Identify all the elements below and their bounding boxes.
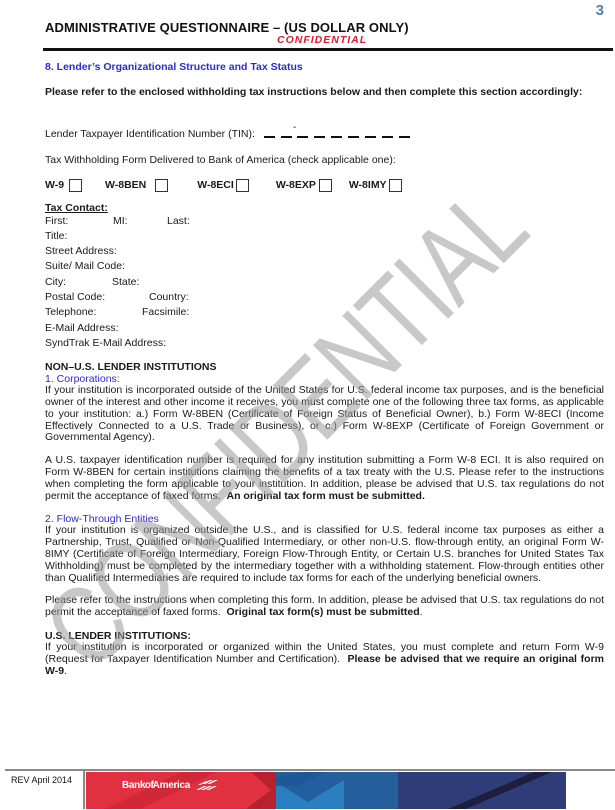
flow-through-instructions: Please refer to the instructions when co…: [45, 595, 604, 619]
tin-label: Lender Taxpayer Identification Number (T…: [45, 128, 255, 140]
postal-code-field[interactable]: Postal Code:: [45, 291, 105, 304]
period: .: [64, 665, 67, 677]
contact-title-row: Title:: [45, 230, 604, 245]
tax-contact-heading: Tax Contact:: [45, 202, 604, 214]
option-w8ben[interactable]: W-8BEN: [105, 179, 168, 192]
option-w8ben-label: W-8BEN: [105, 179, 146, 191]
tin-requirement-paragraph: A U.S. taxpayer identification number is…: [45, 455, 604, 502]
state-field[interactable]: State:: [112, 276, 139, 289]
non-us-heading: NON–U.S. LENDER INSTITUTIONS: [45, 361, 604, 373]
tin-row: Lender Taxpayer Identification Number (T…: [45, 122, 604, 140]
contact-phone-row: Telephone: Facsimile:: [45, 306, 604, 321]
original-form-notice: An original tax form must be submitted.: [227, 490, 425, 502]
contact-email-row: E-Mail Address:: [45, 322, 604, 337]
document-title: ADMINISTRATIVE QUESTIONNAIRE – (US DOLLA…: [45, 20, 409, 35]
street-address-field[interactable]: Street Address:: [45, 245, 117, 258]
header-divider: [43, 48, 613, 51]
w8exp-checkbox[interactable]: [319, 179, 332, 192]
option-w8exp-label: W-8EXP: [276, 179, 316, 191]
contact-syndtrak-row: SyndTrak E-Mail Address:: [45, 337, 604, 352]
brand-name: Bank of America: [122, 780, 190, 791]
option-w8eci[interactable]: W-8ECI: [197, 179, 249, 192]
tin-input[interactable]: -: [264, 122, 416, 140]
original-forms-notice: Original tax form(s) must be submitted: [227, 606, 420, 618]
w9-checkbox[interactable]: [69, 179, 82, 192]
suite-mail-code-field[interactable]: Suite/ Mail Code:: [45, 260, 125, 273]
email-field[interactable]: E-Mail Address:: [45, 322, 119, 335]
w8ben-checkbox[interactable]: [155, 179, 168, 192]
tin-digit-blank[interactable]: [399, 136, 410, 138]
option-w8exp[interactable]: W-8EXP: [276, 179, 332, 192]
tin-digit-blank[interactable]: [331, 136, 342, 138]
tax-form-label: Tax Withholding Form Delivered to Bank o…: [45, 154, 604, 166]
mi-field[interactable]: MI:: [113, 215, 128, 228]
contact-street-row: Street Address:: [45, 245, 604, 260]
tin-digit-blank[interactable]: [382, 136, 393, 138]
contact-postal-row: Postal Code: Country:: [45, 291, 604, 306]
flag-icon: [194, 779, 220, 791]
page-number: 3: [596, 2, 604, 19]
first-name-field[interactable]: First:: [45, 215, 68, 228]
footer-vertical-divider: [83, 771, 85, 809]
tin-digit-blank[interactable]: [314, 136, 325, 138]
option-w9[interactable]: W-9: [45, 179, 82, 192]
bank-of-america-logo: Bank of America: [122, 779, 220, 791]
tax-form-options: W-9 W-8BEN W-8ECI W-8EXP W-8IMY: [45, 179, 604, 192]
telephone-field[interactable]: Telephone:: [45, 306, 96, 319]
confidential-label: CONFIDENTIAL: [277, 34, 367, 46]
revision-date: REV April 2014: [11, 775, 72, 785]
title-field[interactable]: Title:: [45, 230, 67, 243]
w8eci-checkbox[interactable]: [236, 179, 249, 192]
syndtrak-email-field[interactable]: SyndTrak E-Mail Address:: [45, 337, 166, 350]
document-body: 8. Lender’s Organizational Structure and…: [45, 61, 604, 677]
section-title: 8. Lender’s Organizational Structure and…: [45, 61, 604, 73]
contact-name-row: First: MI: Last:: [45, 215, 604, 230]
footer-divider: [5, 769, 615, 771]
option-w9-label: W-9: [45, 179, 64, 191]
tin-digit-blank[interactable]: [281, 136, 292, 138]
w8imy-checkbox[interactable]: [389, 179, 402, 192]
city-field[interactable]: City:: [45, 276, 66, 289]
last-name-field[interactable]: Last:: [167, 215, 190, 228]
option-w8imy-label: W-8IMY: [349, 179, 387, 191]
option-w8eci-label: W-8ECI: [197, 179, 234, 191]
period: .: [420, 606, 423, 618]
option-w8imy[interactable]: W-8IMY: [349, 179, 402, 192]
contact-city-row: City: State:: [45, 276, 604, 291]
tin-digit-blank[interactable]: [297, 136, 308, 138]
tin-digit-blank[interactable]: [365, 136, 376, 138]
contact-suite-row: Suite/ Mail Code:: [45, 260, 604, 275]
section-instructions: Please refer to the enclosed withholding…: [45, 86, 604, 99]
country-field[interactable]: Country:: [149, 291, 189, 304]
flow-through-paragraph: If your institution is organized outside…: [45, 525, 604, 584]
us-lender-paragraph: If your institution is incorporated or o…: [45, 642, 604, 677]
tin-separator: -: [293, 122, 296, 134]
tin-digit-blank[interactable]: [348, 136, 359, 138]
corporations-paragraph: If your institution is incorporated outs…: [45, 385, 604, 444]
tin-digit-blank[interactable]: [264, 136, 275, 138]
facsimile-field[interactable]: Facsimile:: [142, 306, 189, 319]
